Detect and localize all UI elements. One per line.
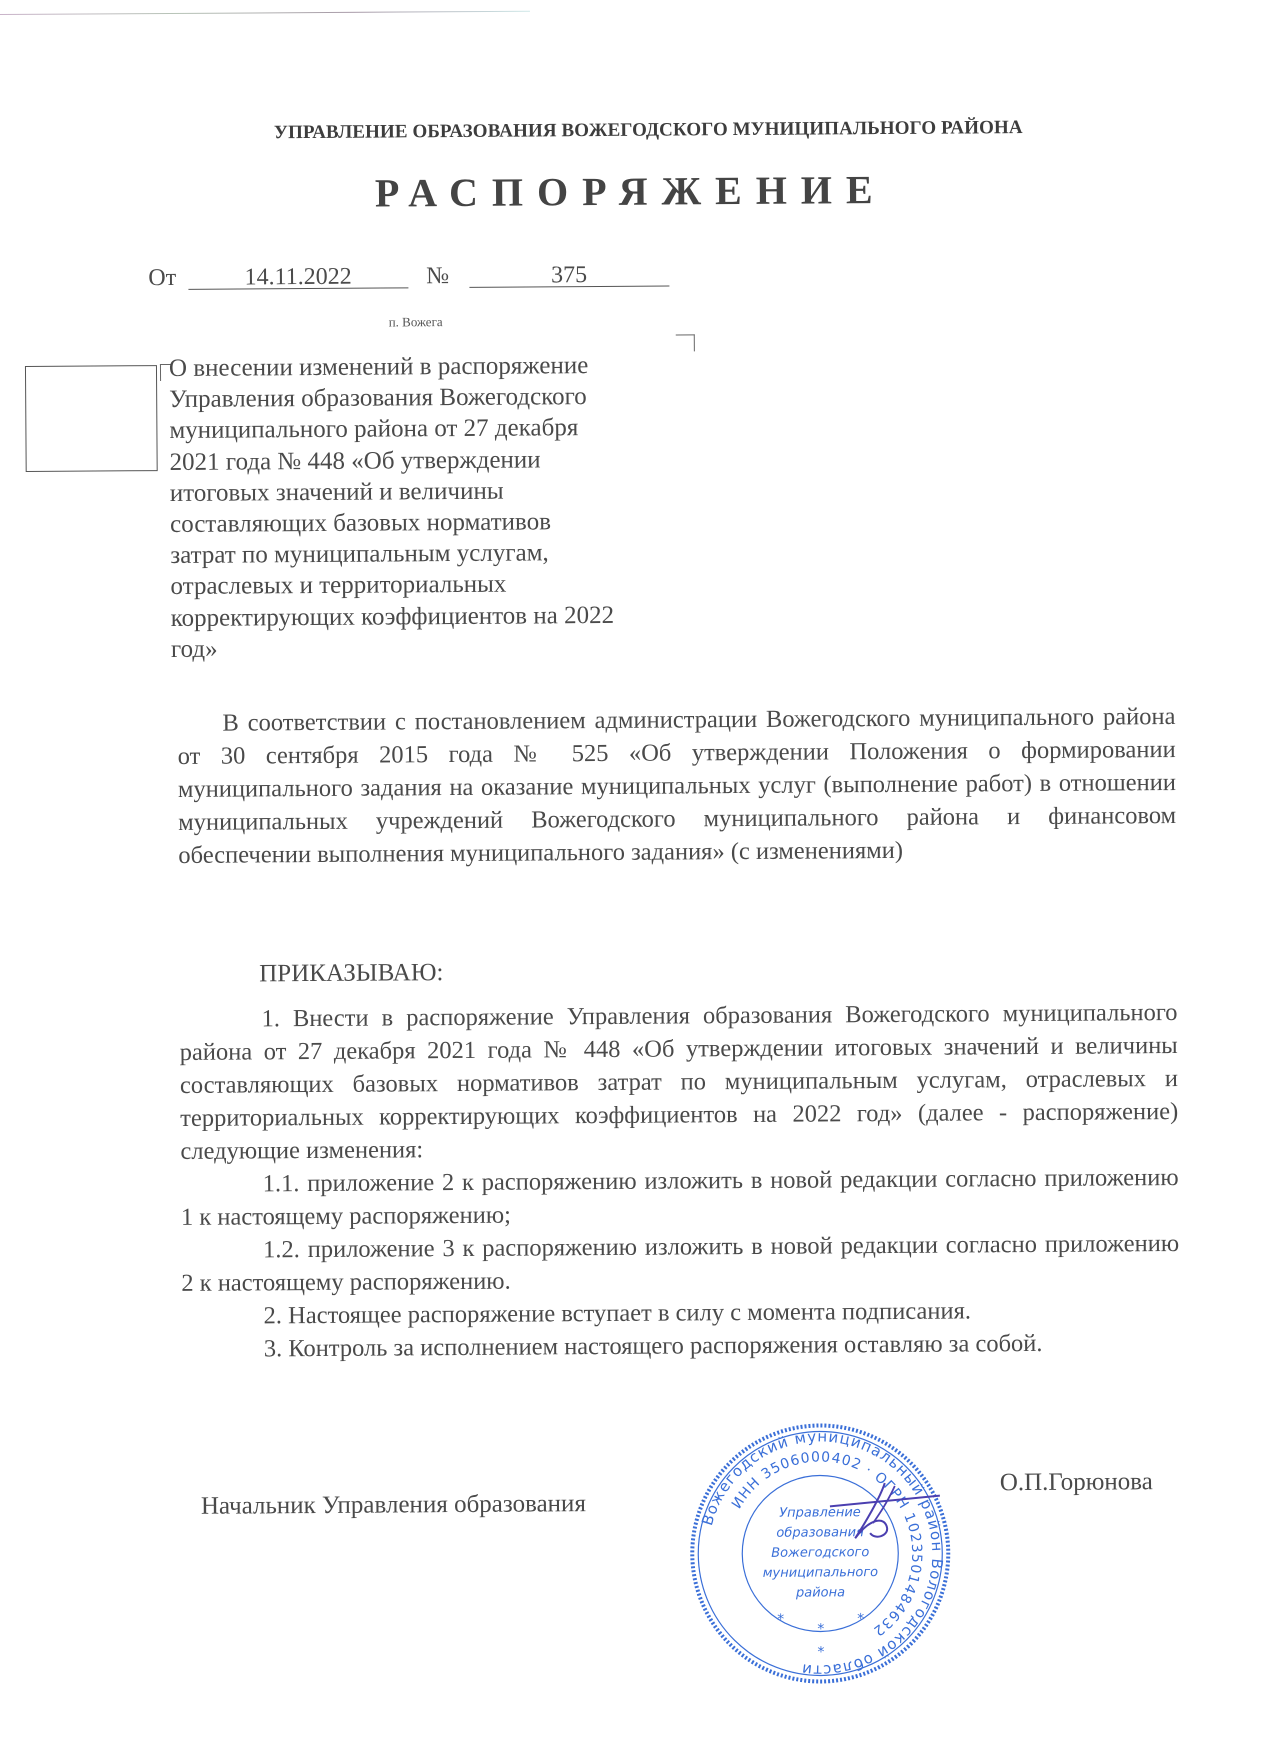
- order-items: 1. Внести в распоряжение Управления обра…: [179, 996, 1180, 1366]
- svg-text:*: *: [817, 1644, 824, 1660]
- legal-basis-text: В соответствии с постановлением админист…: [177, 700, 1176, 872]
- order-item-1: 1. Внести в распоряжение Управления обра…: [179, 996, 1178, 1168]
- subject-line: год»: [171, 630, 711, 665]
- document-page: УПРАВЛЕНИЕ ОБРАЗОВАНИЯ ВОЖЕГОДСКОГО МУНИ…: [0, 0, 1275, 1750]
- official-seal-icon: Вожегодский муниципальный район Вологодс…: [684, 1418, 956, 1690]
- svg-text:района: района: [795, 1585, 845, 1600]
- svg-text:*: *: [817, 1621, 824, 1637]
- organization-header: УПРАВЛЕНИЕ ОБРАЗОВАНИЯ ВОЖЕГОДСКОГО МУНИ…: [233, 117, 1063, 145]
- order-item-3: 3. Контроль за исполнением настоящего ра…: [182, 1326, 1180, 1366]
- handwritten-signature-icon: [825, 1478, 945, 1549]
- date-number-row: От 14.11.2022 № 375: [148, 262, 669, 293]
- legal-basis-paragraph: В соответствии с постановлением админист…: [177, 700, 1176, 872]
- subject-line: 2021 года № 448 «Об утверждении: [170, 443, 710, 478]
- document-subject: О внесении изменений в распоряжение Упра…: [169, 349, 711, 665]
- subject-line: затрат по муниципальным услугам,: [170, 536, 710, 571]
- subject-line: корректирующих коэффициентов на 2022: [171, 599, 711, 634]
- subject-line: отраслевых и территориальных: [170, 568, 710, 603]
- signatory-position: Начальник Управления образования: [201, 1490, 586, 1521]
- number-value: 375: [469, 264, 669, 288]
- subject-line: итоговых значений и величины: [170, 474, 710, 509]
- order-item-1-1: 1.1. приложение 2 к распоряжению изложит…: [181, 1161, 1179, 1234]
- subject-line: Управления образования Вожегодского: [169, 380, 709, 415]
- place-of-issue: п. Вожега: [389, 314, 443, 330]
- signatory-name: О.П.Горюнова: [1000, 1468, 1153, 1497]
- registration-box: [25, 365, 158, 472]
- date-value: 14.11.2022: [188, 265, 408, 290]
- svg-text:*: *: [777, 1612, 784, 1628]
- subject-line: составляющих базовых нормативов: [170, 505, 710, 540]
- order-item-1-2: 1.2. приложение 3 к распоряжению изложит…: [181, 1227, 1179, 1300]
- svg-text:*: *: [857, 1611, 864, 1627]
- date-label: От: [148, 265, 176, 292]
- subject-line: муниципального района от 27 декабря: [169, 412, 709, 447]
- document-title: РАСПОРЯЖЕНИЕ: [366, 166, 896, 217]
- svg-text:муниципального: муниципального: [763, 1565, 879, 1581]
- subject-line: О внесении изменений в распоряжение: [169, 349, 709, 384]
- number-label: №: [426, 263, 449, 290]
- order-word: ПРИКАЗЫВАЮ:: [259, 959, 443, 988]
